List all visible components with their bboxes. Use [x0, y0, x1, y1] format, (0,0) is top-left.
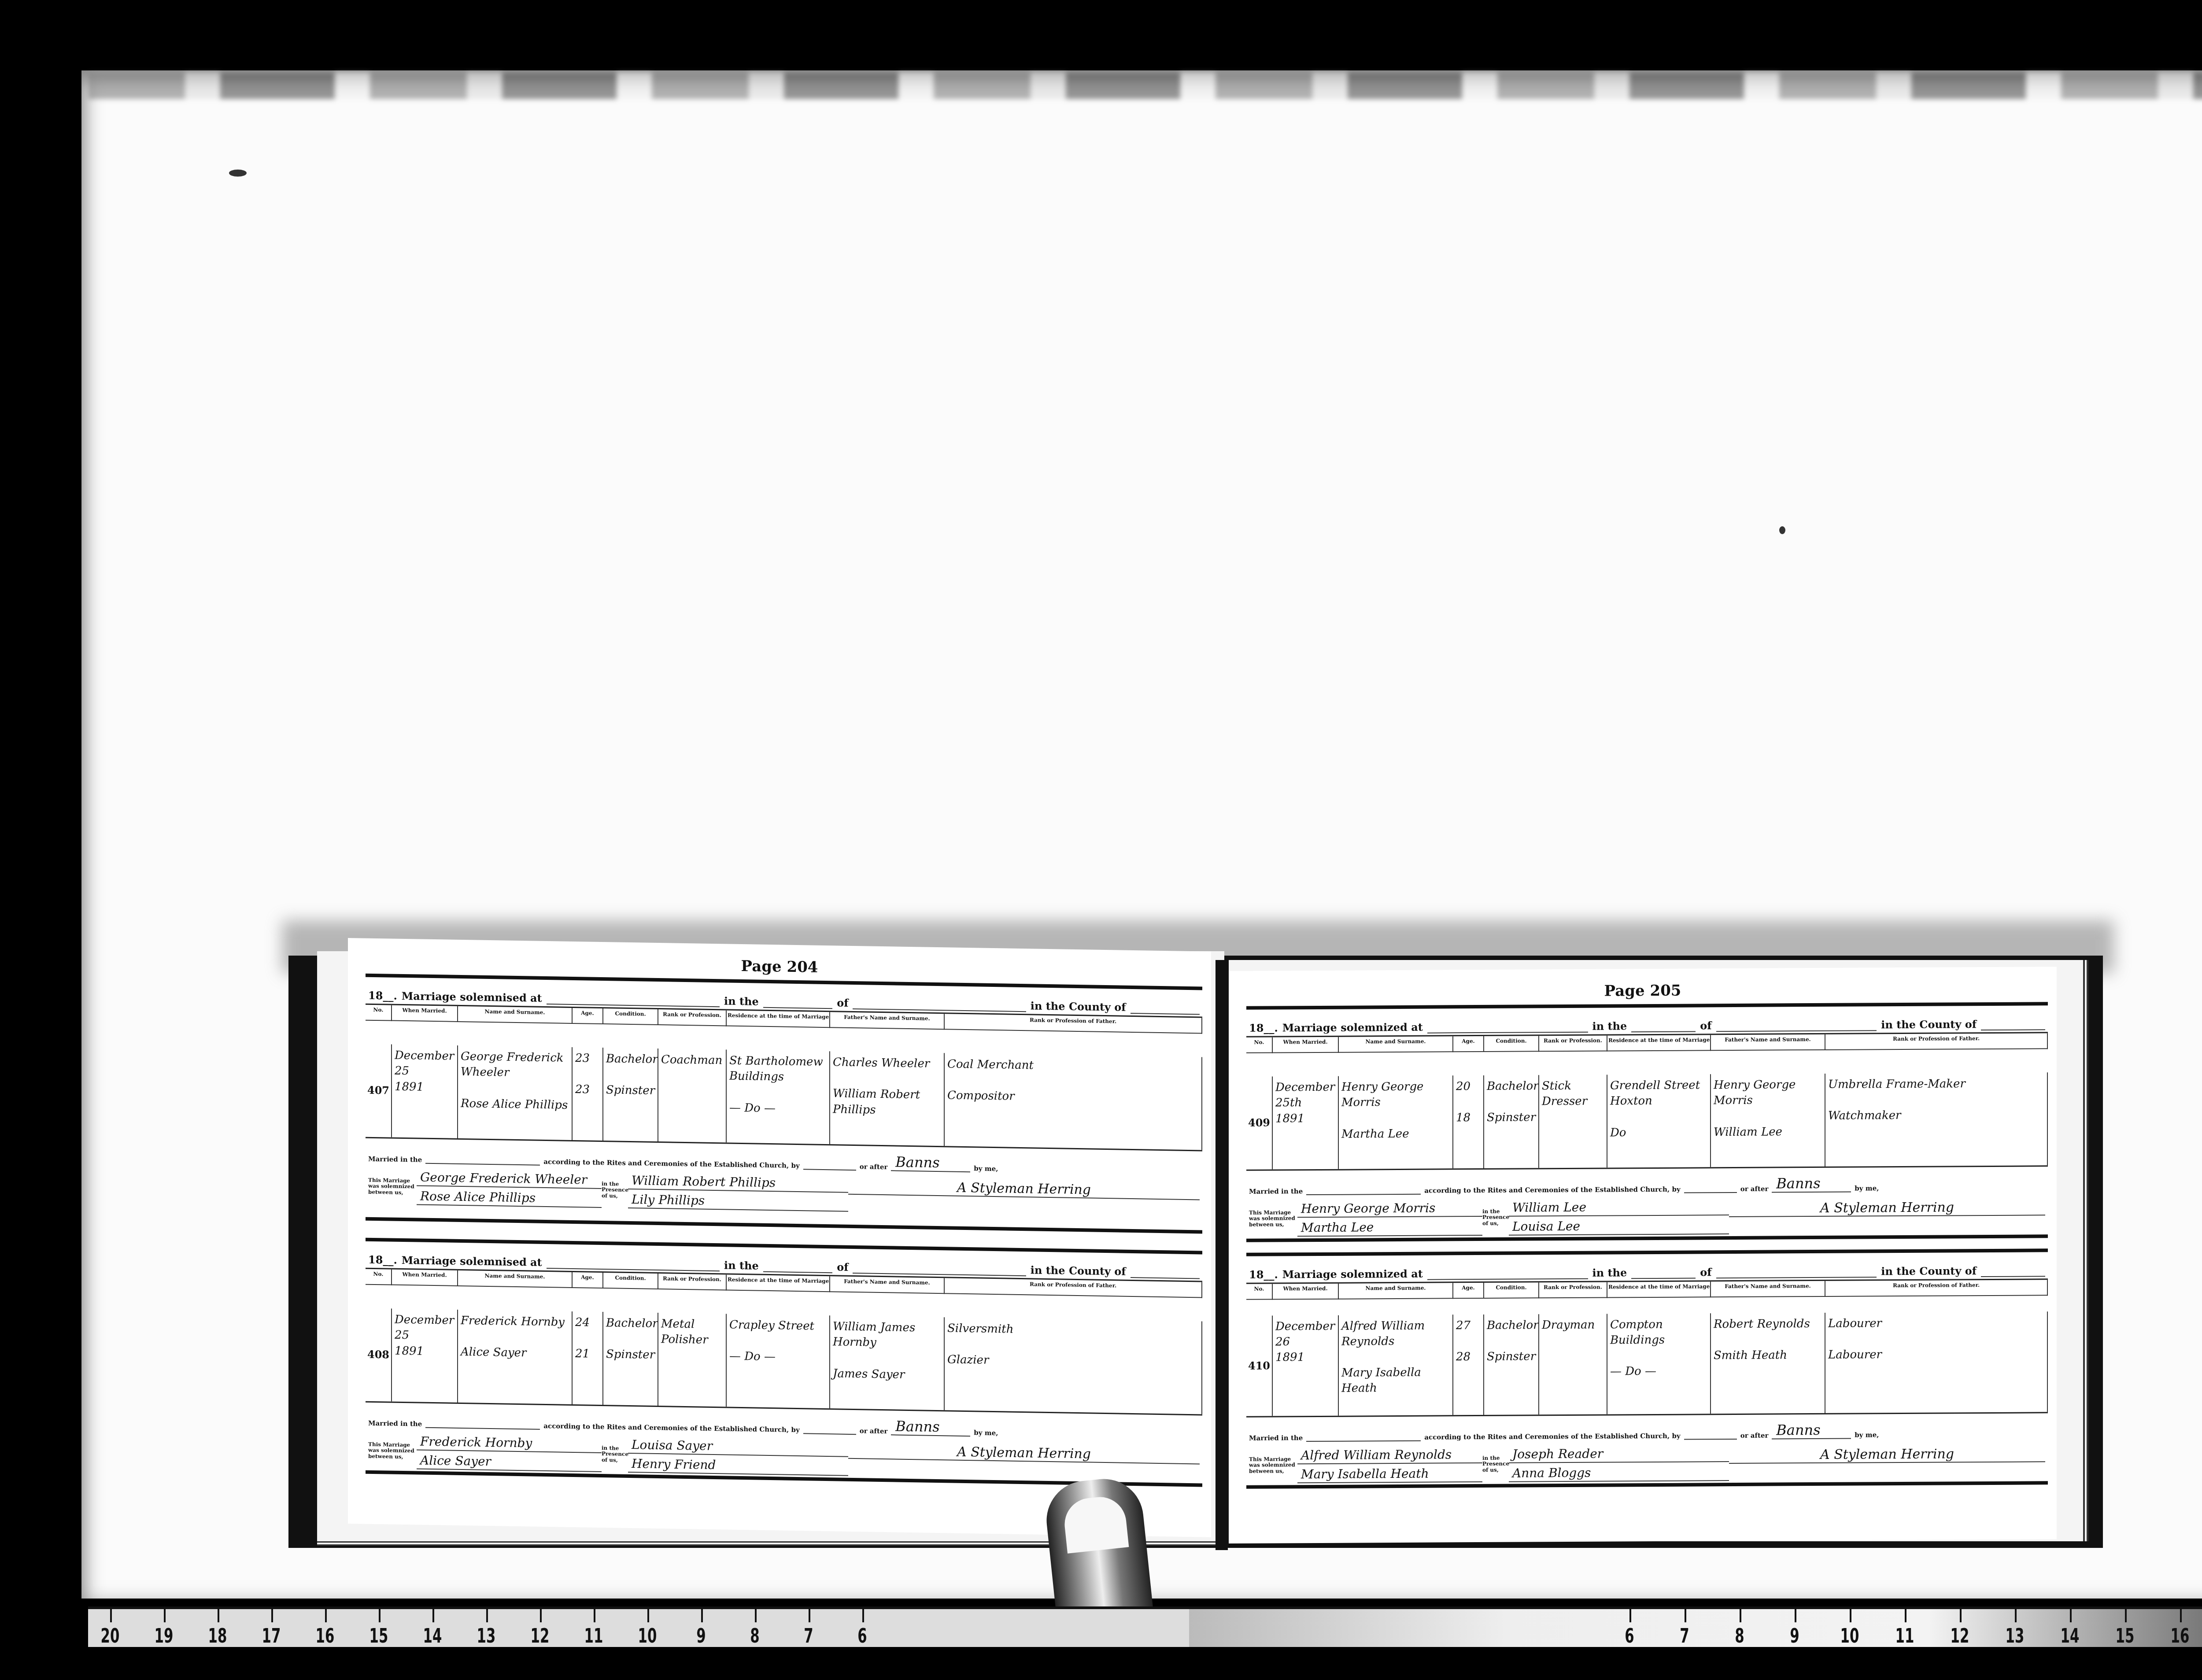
col-condition-header: Condition. [1484, 1036, 1539, 1052]
film-speck [1779, 526, 1785, 534]
county-label: in the County of [1881, 1264, 1977, 1278]
blank-line [853, 1008, 1026, 1012]
married-in-label: Married in the [1249, 1187, 1303, 1196]
ruler-label: 12 [531, 1625, 550, 1647]
ages: 2018 [1453, 1075, 1484, 1168]
col-father-header: Father's Name and Surname. [830, 1012, 945, 1030]
col-when-header: When Married. [1273, 1037, 1339, 1053]
ruler-tick [164, 1609, 166, 1622]
presence-label: in the Presence of us, [602, 1181, 628, 1199]
col-when-header: When Married. [392, 1005, 458, 1022]
ruler-tick [271, 1609, 273, 1622]
blank-line [1684, 1191, 1737, 1193]
ranks: Coachman [658, 1049, 727, 1142]
fathers-names: William James HornbyJames Sayer [830, 1316, 945, 1410]
marriage-entry-410: 18__. Marriage solemnized at in the of i… [1246, 1248, 2048, 1489]
ruler-tick [647, 1609, 649, 1622]
ruler-label: 12 [1951, 1625, 1969, 1647]
ruler-tick [486, 1609, 488, 1622]
fathers-ranks: Coal MerchantCompositor [945, 1053, 1202, 1150]
married-in-label: Married in the [368, 1155, 422, 1164]
rites-label: according to the Rites and Ceremonies of… [1424, 1432, 1680, 1441]
rites-line: Married in the according to the Rites an… [1246, 1167, 2048, 1196]
ruler-tick [379, 1609, 381, 1622]
names: Frederick HornbyAlice Sayer [458, 1310, 573, 1404]
married-in-label: Married in the [1249, 1434, 1303, 1442]
ages: 2728 [1453, 1314, 1484, 1415]
col-name-header: Name and Surname. [458, 1006, 573, 1024]
rites-line: Married in the according to the Rites an… [1246, 1413, 2048, 1442]
presence-label: in the Presence of us, [602, 1445, 628, 1463]
ruler-label: 10 [638, 1625, 657, 1647]
residences: Crapley Street— Do — [727, 1314, 830, 1408]
presence-label: in the Presence of us, [1482, 1455, 1509, 1473]
bride-signature: Alice Sayer [417, 1452, 602, 1472]
between-us-label: This Marriage was solemnized between us, [1249, 1456, 1297, 1474]
page-number: Page 205 [1229, 980, 2057, 1002]
blank-line [763, 1270, 832, 1273]
col-rank-header: Rank or Profession. [658, 1009, 727, 1026]
col-father-rank-header: Rank or Profession of Father. [1825, 1033, 2048, 1050]
county-label: in the County of [1031, 1263, 1126, 1278]
col-name-header: Name and Surname. [1339, 1283, 1453, 1299]
minister-signature: A Styleman Herring [1729, 1199, 2045, 1217]
ruler-label: 7 [1680, 1625, 1689, 1647]
groom-signature: George Frederick Wheeler [417, 1169, 602, 1189]
groom-signature: Henry George Morris [1297, 1200, 1482, 1218]
ruler-tick [2180, 1609, 2182, 1622]
col-age-header: Age. [1453, 1283, 1484, 1299]
ruler-label: 7 [804, 1625, 813, 1647]
witness-signatures: Joseph Reader Anna Bloggs [1509, 1443, 1729, 1484]
signatures-block: This Marriage was solemnized between us,… [1246, 1191, 2048, 1242]
ruler-tick [1629, 1609, 1631, 1622]
entry-header: 18__. Marriage solemnized at in the of i… [1246, 1005, 2048, 1038]
ruler-tick [755, 1609, 757, 1622]
ages: 2323 [573, 1047, 603, 1141]
ruler-tick [218, 1609, 219, 1622]
col-rank-header: Rank or Profession. [658, 1274, 727, 1290]
marriage-entry-408: 18__. Marriage solemnised at in the of i… [366, 1238, 1202, 1487]
col-no-header: No. [366, 1005, 392, 1021]
by-me-label: by me, [974, 1429, 998, 1437]
ranks: Drayman [1539, 1314, 1607, 1414]
of-label: of [1700, 1266, 1711, 1278]
ruler-tick [809, 1609, 810, 1622]
book-spine [1216, 960, 1228, 1550]
groom-signature: Alfred William Reynolds [1297, 1446, 1482, 1464]
ruler-label: 14 [423, 1625, 442, 1647]
in-the-label: in the [724, 994, 759, 1008]
ruler-tick [1795, 1609, 1796, 1622]
or-after-label: or after [860, 1163, 888, 1171]
col-father-header: Father's Name and Surname. [1711, 1034, 1825, 1051]
ruler-label: 18 [208, 1625, 227, 1647]
solemnized-label: Marriage solemnised at [402, 1254, 542, 1269]
blank-line [1981, 1028, 2045, 1030]
presence-label: in the Presence of us, [1482, 1209, 1509, 1226]
marriage-entry-409: 18__. Marriage solemnized at in the of i… [1246, 1002, 2048, 1242]
by-me-label: by me, [1855, 1184, 1879, 1192]
witness-signatures: William Robert Phillips Lily Phillips [628, 1170, 848, 1214]
of-label: of [1700, 1019, 1711, 1032]
ruler-tick [862, 1609, 864, 1622]
blank-line [1131, 1276, 1200, 1279]
county-label: in the County of [1031, 999, 1126, 1013]
solemnized-label: Marriage solemnized at [1282, 1021, 1423, 1034]
or-after-label: or after [1740, 1432, 1769, 1440]
col-condition-header: Condition. [603, 1008, 658, 1025]
between-us-label: This Marriage was solemnized between us, [1249, 1210, 1297, 1227]
fathers-ranks: SilversmithGlazier [945, 1318, 1202, 1414]
witness-2: Louisa Lee [1509, 1217, 1729, 1236]
witness-1: Louisa Sayer [628, 1436, 848, 1457]
ranks: Metal Polisher [658, 1313, 727, 1407]
col-age-header: Age. [1453, 1036, 1484, 1052]
ruler-label: 8 [1735, 1625, 1744, 1647]
by-me-label: by me, [1855, 1431, 1879, 1439]
year-prefix: 18__. [1249, 1021, 1278, 1034]
col-father-header: Father's Name and Surname. [1711, 1281, 1825, 1297]
fathers-names: Robert ReynoldsSmith Heath [1711, 1313, 1825, 1414]
ruler-label: 14 [2061, 1625, 2080, 1647]
blank-line [1684, 1438, 1737, 1440]
banns-value: Banns [891, 1153, 970, 1172]
when-married: December261891 [1273, 1315, 1339, 1416]
ruler-label: 11 [584, 1625, 603, 1647]
col-residence-header: Residence at the time of Marriage. [1607, 1035, 1711, 1051]
scale-ruler-left: 20191817161514131211109876 [88, 1606, 1189, 1651]
col-condition-header: Condition. [603, 1273, 658, 1289]
rites-label: according to the Rites and Ceremonies of… [1424, 1185, 1680, 1195]
blank-line [1427, 1031, 1588, 1034]
ruler-tick [432, 1609, 434, 1622]
col-name-header: Name and Surname. [1339, 1036, 1453, 1052]
ruler-label: 9 [1790, 1625, 1799, 1647]
banns-value: Banns [1772, 1175, 1851, 1193]
ruler-tick [2125, 1609, 2127, 1622]
blank-line [1981, 1275, 2045, 1277]
conditions: BachelorSpinster [1484, 1314, 1539, 1415]
names: George Frederick WheelerRose Alice Phill… [458, 1045, 573, 1140]
col-residence-header: Residence at the time of Marriage. [1607, 1281, 1711, 1298]
minister-signature: A Styleman Herring [848, 1178, 1200, 1200]
ruler-label: 8 [750, 1625, 759, 1647]
between-us-label: This Marriage was solemnized between us, [368, 1178, 417, 1196]
couple-signatures: Alfred William Reynolds Mary Isabella He… [1297, 1444, 1482, 1485]
blank-line [1427, 1278, 1588, 1280]
ruler-tick [325, 1609, 327, 1622]
ruler-label: 13 [2006, 1625, 2025, 1647]
conditions: BachelorSpinster [603, 1312, 658, 1406]
residences: Grendell Street HoxtonDo [1607, 1074, 1711, 1168]
fathers-names: Henry George MorrisWilliam Lee [1711, 1074, 1825, 1167]
names: Alfred William ReynoldsMary Isabella Hea… [1339, 1314, 1453, 1416]
of-label: of [837, 1260, 848, 1273]
ruler-label: 6 [1625, 1625, 1634, 1647]
in-the-label: in the [1592, 1266, 1627, 1279]
blank-line [853, 1272, 1026, 1276]
ages: 2421 [573, 1311, 603, 1405]
year-prefix: 18__. [368, 989, 397, 1002]
by-me-label: by me, [974, 1164, 998, 1173]
ruler-label: 10 [1840, 1625, 1859, 1647]
signatures-block: This Marriage was solemnized between us,… [1246, 1438, 2048, 1489]
entry-table: No.When Married.Name and Surname.Age.Con… [1246, 1033, 2048, 1171]
conditions: BachelorSpinster [603, 1048, 658, 1141]
blank-line [1631, 1030, 1696, 1032]
col-residence-header: Residence at the time of Marriage. [727, 1275, 830, 1292]
blank-line [1716, 1029, 1877, 1032]
ruler-tick [594, 1609, 595, 1622]
solemnized-label: Marriage solemnised at [402, 990, 542, 1004]
entry-number: 407 [366, 1044, 392, 1137]
witness-1: Joseph Reader [1509, 1445, 1729, 1463]
bride-signature: Rose Alice Phillips [417, 1188, 602, 1208]
banns-value: Banns [1772, 1422, 1851, 1440]
ruler-label: 16 [316, 1625, 335, 1647]
ruler-tick [1960, 1609, 1962, 1622]
entry-header: 18__. Marriage solemnized at in the of i… [1246, 1252, 2048, 1284]
register-page-left: Page 204 18__. Marriage solemnised at in… [348, 938, 1211, 1537]
witness-1: William Robert Phillips [628, 1172, 848, 1193]
blank-line [1631, 1277, 1696, 1279]
ruler-tick [701, 1609, 703, 1622]
banns-value: Banns [891, 1418, 970, 1436]
ruler-label: 20 [101, 1625, 120, 1647]
bride-signature: Martha Lee [1297, 1218, 1482, 1237]
register-page-right: Page 205 18__. Marriage solemnized at in… [1229, 967, 2057, 1543]
entry-table: No.When Married.Name and Surname.Age.Con… [366, 1005, 1202, 1152]
residences: St Bartholomew Buildings— Do — [727, 1050, 830, 1144]
ruler-label: 13 [477, 1625, 496, 1647]
ruler-label: 15 [2116, 1625, 2135, 1647]
entry-table: No.When Married.Name and Surname.Age.Con… [366, 1269, 1202, 1416]
fathers-names: Charles WheelerWilliam Robert Phillips [830, 1052, 945, 1146]
groom-signature: Frederick Hornby [417, 1433, 602, 1453]
col-residence-header: Residence at the time of Marriage. [727, 1011, 830, 1028]
ruler-tick [1850, 1609, 1851, 1622]
ruler-label: 11 [1895, 1625, 1914, 1647]
scale-ruler-right: 678910111213141516171819 [1189, 1606, 2202, 1651]
ruler-tick [2015, 1609, 2017, 1622]
fathers-ranks: LabourerLabourer [1825, 1311, 2048, 1413]
ruler-label: 17 [262, 1625, 281, 1647]
ranks: Stick Dresser [1539, 1075, 1607, 1168]
ruler-tick [540, 1609, 542, 1622]
or-after-label: or after [860, 1427, 888, 1435]
minister-signature: A Styleman Herring [848, 1443, 1200, 1465]
witness-2: Anna Bloggs [1509, 1464, 1729, 1482]
year-prefix: 18__. [1249, 1268, 1278, 1281]
col-when-header: When Married. [1273, 1284, 1339, 1300]
film-border-bottom [0, 1647, 2202, 1680]
marriage-entry-407: 18__. Marriage solemnised at in the of i… [366, 974, 1202, 1234]
couple-signatures: George Frederick Wheeler Rose Alice Phil… [417, 1167, 602, 1210]
ruler-tick [1905, 1609, 1906, 1622]
witness-1: William Lee [1509, 1198, 1729, 1217]
ruler-tick [2070, 1609, 2072, 1622]
ruler-tick [110, 1609, 112, 1622]
film-edge-shading [88, 73, 2202, 99]
entry-table: No.When Married.Name and Surname.Age.Con… [1246, 1280, 2048, 1418]
couple-signatures: Frederick Hornby Alice Sayer [417, 1431, 602, 1474]
of-label: of [837, 996, 848, 1009]
ruler-label: 6 [857, 1625, 867, 1647]
entry-number: 408 [366, 1308, 392, 1402]
entry-number: 410 [1246, 1315, 1273, 1416]
entry-number: 409 [1246, 1077, 1273, 1170]
ruler-label: 16 [2171, 1625, 2190, 1647]
col-father-header: Father's Name and Surname. [830, 1276, 945, 1294]
residences: Compton Buildings— Do — [1607, 1313, 1711, 1414]
film-speck [229, 170, 247, 177]
col-when-header: When Married. [392, 1270, 458, 1286]
col-rank-header: Rank or Profession. [1539, 1035, 1607, 1052]
ruler-label: 9 [696, 1625, 706, 1647]
ruler-label: 15 [369, 1625, 388, 1647]
when-married: December25th1891 [1273, 1076, 1339, 1169]
col-age-header: Age. [573, 1008, 603, 1024]
or-after-label: or after [1740, 1185, 1769, 1193]
col-father-rank-header: Rank or Profession of Father. [1825, 1280, 2048, 1297]
county-label: in the County of [1881, 1018, 1977, 1031]
in-the-label: in the [724, 1259, 759, 1272]
col-age-header: Age. [573, 1272, 603, 1289]
in-the-label: in the [1592, 1019, 1627, 1032]
col-no-header: No. [366, 1269, 392, 1285]
ruler-tick [1685, 1609, 1686, 1622]
witness-signatures: William Lee Louisa Lee [1509, 1196, 1729, 1237]
ruler-tick [1740, 1609, 1741, 1622]
witness-2: Henry Friend [628, 1455, 848, 1476]
blank-line [763, 1006, 832, 1009]
blank-line [547, 1267, 720, 1271]
names: Henry George MorrisMartha Lee [1339, 1076, 1453, 1169]
col-no-header: No. [1246, 1284, 1273, 1300]
fathers-ranks: Umbrella Frame-MakerWatchmaker [1825, 1073, 2048, 1167]
blank-line [1716, 1276, 1877, 1278]
between-us-label: This Marriage was solemnized between us, [368, 1442, 417, 1460]
col-name-header: Name and Surname. [458, 1270, 573, 1288]
col-no-header: No. [1246, 1037, 1273, 1053]
year-prefix: 18__. [368, 1253, 397, 1266]
blank-line [1131, 1012, 1200, 1015]
solemnized-label: Marriage solemnized at [1282, 1267, 1423, 1281]
col-condition-header: Condition. [1484, 1282, 1539, 1299]
col-rank-header: Rank or Profession. [1539, 1282, 1607, 1298]
when-married: December251891 [392, 1309, 458, 1403]
blank-line [547, 1003, 720, 1007]
when-married: December251891 [392, 1045, 458, 1138]
conditions: BachelorSpinster [1484, 1075, 1539, 1168]
ruler-label: 19 [155, 1625, 174, 1647]
married-in-label: Married in the [368, 1419, 422, 1428]
couple-signatures: Henry George Morris Martha Lee [1297, 1198, 1482, 1238]
witness-signatures: Louisa Sayer Henry Friend [628, 1435, 848, 1478]
bride-signature: Mary Isabella Heath [1297, 1465, 1482, 1483]
minister-signature: A Styleman Herring [1729, 1446, 2045, 1464]
witness-2: Lily Phillips [628, 1191, 848, 1212]
